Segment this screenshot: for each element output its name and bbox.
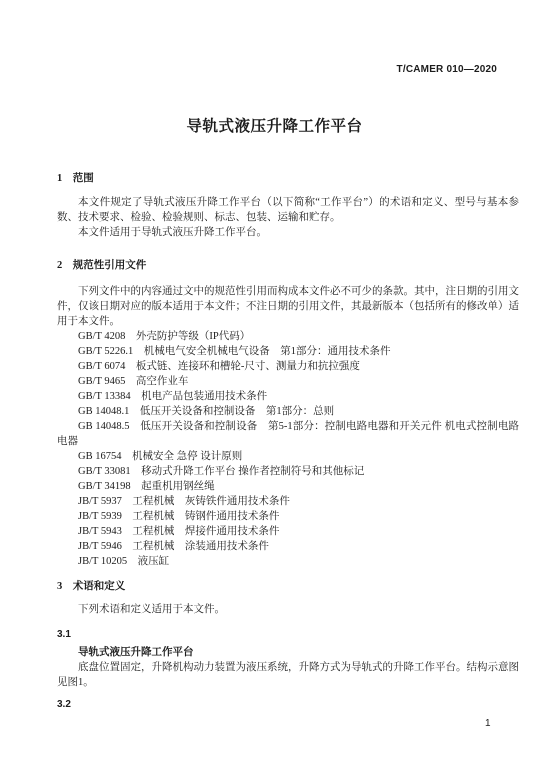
term-definition: 底盘位置固定，升降机构动力装置为液压系统，升降方式为导轨式的升降工作平台。结构示… [57, 660, 519, 690]
reference-item-15: JB/T 10205 液压缸 [57, 554, 519, 569]
reference-item-12: JB/T 5939 工程机械 铸钢件通用技术条件 [57, 509, 519, 524]
scope-paragraph-1: 本文件规定了导轨式液压升降工作平台（以下简称“工作平台”）的术语和定义、型号与基… [57, 195, 519, 225]
reference-item-9: GB/T 33081 移动式升降工作平台 操作者控制符号和其他标记 [57, 464, 519, 479]
reference-item-10: GB/T 34198 起重机用钢丝绳 [57, 479, 519, 494]
reference-item-7: GB 14048.5 低压开关设备和控制设备 第5-1部分：控制电路电器和开关元… [57, 419, 519, 449]
reference-item-3: GB/T 6074 板式链、连接环和槽轮-尺寸、测量力和抗拉强度 [57, 359, 519, 374]
scope-paragraph-2: 本文件适用于导轨式液压升降工作平台。 [57, 225, 519, 240]
section-2-references-heading: 2 规范性引用文件 [57, 258, 519, 273]
document-body: 1 范围 本文件规定了导轨式液压升降工作平台（以下简称“工作平台”）的术语和定义… [57, 171, 519, 712]
reference-item-13: JB/T 5943 工程机械 焊接件通用技术条件 [57, 524, 519, 539]
page-number: 1 [485, 717, 491, 730]
reference-item-14: JB/T 5946 工程机械 涂装通用技术条件 [57, 539, 519, 554]
reference-item-8: GB 16754 机械安全 急停 设计原则 [57, 449, 519, 464]
document-page: T/CAMER 010—2020 导轨式液压升降工作平台 1 范围 本文件规定了… [0, 0, 549, 781]
section-1-scope-heading: 1 范围 [57, 171, 519, 186]
doc-code: T/CAMER 010—2020 [397, 64, 497, 75]
clause-3-1-number: 3.1 [57, 627, 519, 642]
term-name: 导轨式液压升降工作平台 [57, 645, 519, 660]
reference-item-2: GB/T 5226.1 机械电气安全机械电气设备 第1部分：通用技术条件 [57, 344, 519, 359]
clause-3-2-number: 3.2 [57, 697, 519, 712]
doc-title: 导轨式液压升降工作平台 [0, 116, 549, 138]
references-intro: 下列文件中的内容通过文中的规范性引用而构成本文件必不可少的条款。其中，注日期的引… [57, 284, 519, 329]
reference-item-1: GB/T 4208 外壳防护等级（IP代码） [57, 329, 519, 344]
reference-item-6: GB 14048.1 低压开关设备和控制设备 第1部分：总则 [57, 404, 519, 419]
reference-item-5: GB/T 13384 机电产品包装通用技术条件 [57, 389, 519, 404]
reference-item-4: GB/T 9465 高空作业车 [57, 374, 519, 389]
terms-intro: 下列术语和定义适用于本文件。 [57, 602, 519, 617]
doc-header: T/CAMER 010—2020 [57, 0, 497, 76]
section-3-terms-heading: 3 术语和定义 [57, 579, 519, 594]
reference-item-11: JB/T 5937 工程机械 灰铸铁件通用技术条件 [57, 494, 519, 509]
